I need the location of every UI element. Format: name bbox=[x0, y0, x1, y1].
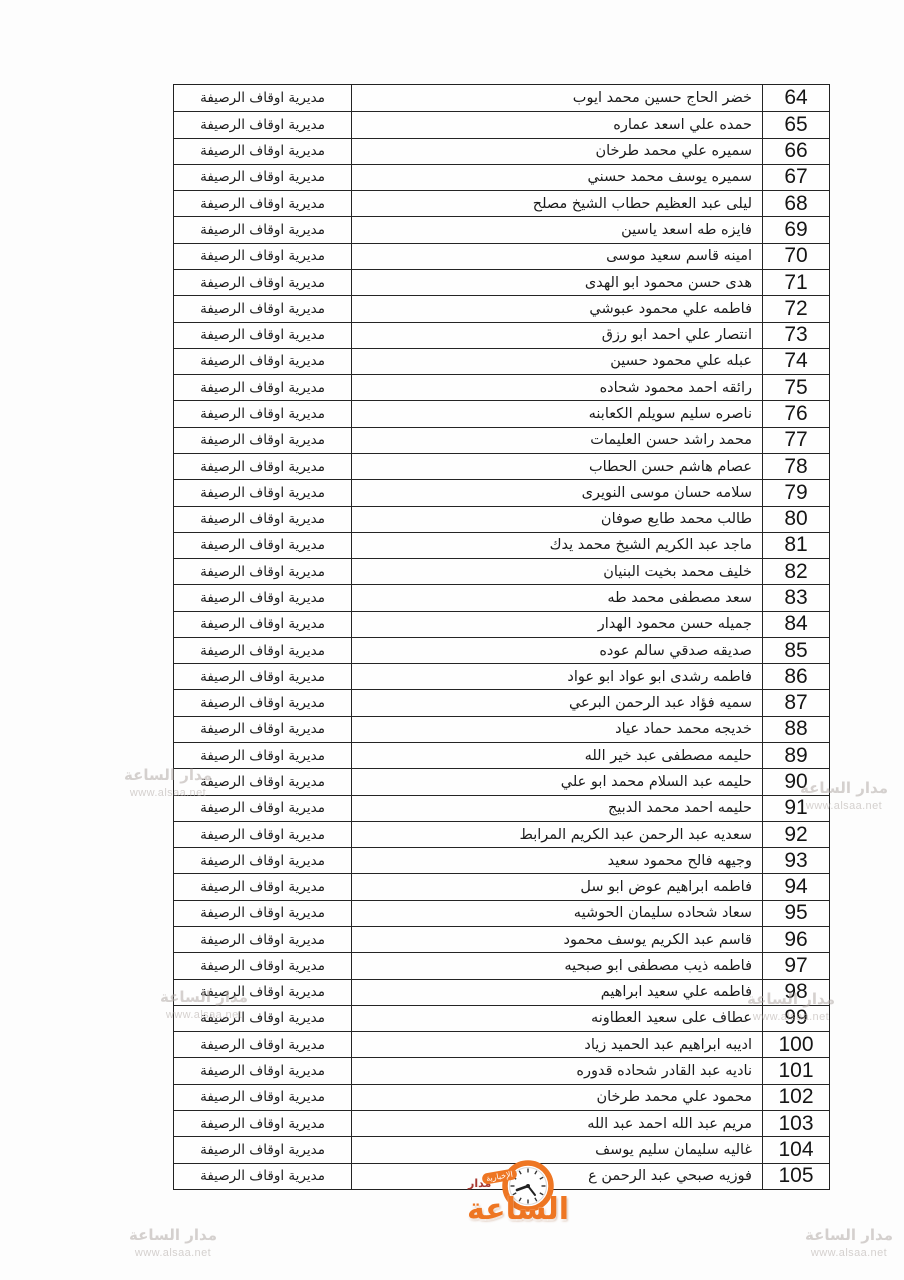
directorate-cell: مديرية اوقاف الرصيفة bbox=[174, 927, 352, 952]
name-cell: سميره يوسف محمد حسني bbox=[352, 165, 763, 190]
table-row: مديرية اوقاف الرصيفة ناديه عبد القادر شح… bbox=[174, 1057, 829, 1083]
name-cell: فاطمه ابراهيم عوض ابو سل bbox=[352, 874, 763, 899]
name-cell: سميره علي محمد طرخان bbox=[352, 139, 763, 164]
name-cell: فاطمه ذيب مصطفى ابو صبحيه bbox=[352, 953, 763, 978]
name-cell: حليمه مصطفى عبد خير الله bbox=[352, 743, 763, 768]
directorate-cell: مديرية اوقاف الرصيفة bbox=[174, 533, 352, 558]
directorate-cell: مديرية اوقاف الرصيفة bbox=[174, 139, 352, 164]
table-row: مديرية اوقاف الرصيفة فايزه طه اسعد ياسين… bbox=[174, 216, 829, 242]
row-number-cell: 85 bbox=[763, 638, 829, 663]
row-number-cell: 84 bbox=[763, 612, 829, 637]
row-number-cell: 80 bbox=[763, 507, 829, 532]
directorate-cell: مديرية اوقاف الرصيفة bbox=[174, 244, 352, 269]
directorate-cell: مديرية اوقاف الرصيفة bbox=[174, 1137, 352, 1162]
table-row: مديرية اوقاف الرصيفة فاطمه علي محمود عبو… bbox=[174, 295, 829, 321]
row-number-cell: 70 bbox=[763, 244, 829, 269]
name-cell: خضر الحاج حسين محمد ايوب bbox=[352, 85, 763, 111]
table-row: مديرية اوقاف الرصيفة محمد راشد حسن العلي… bbox=[174, 427, 829, 453]
table-row: مديرية اوقاف الرصيفة ماجد عبد الكريم الش… bbox=[174, 532, 829, 558]
directorate-cell: مديرية اوقاف الرصيفة bbox=[174, 480, 352, 505]
table-row: مديرية اوقاف الرصيفة سميره يوسف محمد حسن… bbox=[174, 164, 829, 190]
table-row: مديرية اوقاف الرصيفة فوزيه صبحي عبد الرح… bbox=[174, 1163, 829, 1189]
table-row: مديرية اوقاف الرصيفة خديجه محمد حماد عيا… bbox=[174, 716, 829, 742]
table-row: مديرية اوقاف الرصيفة حليمه عبد السلام مح… bbox=[174, 768, 829, 794]
row-number-cell: 64 bbox=[763, 85, 829, 111]
directorate-cell: مديرية اوقاف الرصيفة bbox=[174, 85, 352, 111]
row-number-cell: 87 bbox=[763, 690, 829, 715]
name-cell: سعد مصطفى محمد طه bbox=[352, 585, 763, 610]
table-row: مديرية اوقاف الرصيفة صديقه صدقي سالم عود… bbox=[174, 637, 829, 663]
table-row: مديرية اوقاف الرصيفة محمود علي محمد طرخا… bbox=[174, 1084, 829, 1110]
table-row: مديرية اوقاف الرصيفة جميله حسن محمود اله… bbox=[174, 611, 829, 637]
watermark-left-bottom: مدار الساعة www.alsaa.net bbox=[115, 1226, 231, 1260]
directorate-cell: مديرية اوقاف الرصيفة bbox=[174, 1032, 352, 1057]
table-row: مديرية اوقاف الرصيفة حليمه احمد محمد الد… bbox=[174, 795, 829, 821]
row-number-cell: 89 bbox=[763, 743, 829, 768]
row-number-cell: 74 bbox=[763, 349, 829, 374]
directorate-cell: مديرية اوقاف الرصيفة bbox=[174, 638, 352, 663]
name-cell: جميله حسن محمود الهدار bbox=[352, 612, 763, 637]
row-number-cell: 76 bbox=[763, 401, 829, 426]
watermark-url-text: www.alsaa.net bbox=[115, 1246, 231, 1260]
row-number-cell: 83 bbox=[763, 585, 829, 610]
roster-table: مديرية اوقاف الرصيفة خضر الحاج حسين محمد… bbox=[173, 84, 830, 1190]
directorate-cell: مديرية اوقاف الرصيفة bbox=[174, 980, 352, 1005]
name-cell: فاطمه علي سعيد ابراهيم bbox=[352, 980, 763, 1005]
directorate-cell: مديرية اوقاف الرصيفة bbox=[174, 375, 352, 400]
directorate-cell: مديرية اوقاف الرصيفة bbox=[174, 401, 352, 426]
directorate-cell: مديرية اوقاف الرصيفة bbox=[174, 953, 352, 978]
row-number-cell: 105 bbox=[763, 1164, 829, 1189]
name-cell: عبله علي محمود حسين bbox=[352, 349, 763, 374]
directorate-cell: مديرية اوقاف الرصيفة bbox=[174, 165, 352, 190]
table-row: مديرية اوقاف الرصيفة فاطمه ذيب مصطفى ابو… bbox=[174, 952, 829, 978]
directorate-cell: مديرية اوقاف الرصيفة bbox=[174, 191, 352, 216]
table-row: مديرية اوقاف الرصيفة هدى حسن محمود ابو ا… bbox=[174, 269, 829, 295]
table-row: مديرية اوقاف الرصيفة عبله علي محمود حسين… bbox=[174, 348, 829, 374]
directorate-cell: مديرية اوقاف الرصيفة bbox=[174, 848, 352, 873]
row-number-cell: 101 bbox=[763, 1058, 829, 1083]
name-cell: ناصره سليم سويلم الكعابنه bbox=[352, 401, 763, 426]
name-cell: ماجد عبد الكريم الشيخ محمد يدك bbox=[352, 533, 763, 558]
table-row: مديرية اوقاف الرصيفة فاطمه رشدى ابو عواد… bbox=[174, 663, 829, 689]
row-number-cell: 100 bbox=[763, 1032, 829, 1057]
directorate-cell: مديرية اوقاف الرصيفة bbox=[174, 664, 352, 689]
directorate-cell: مديرية اوقاف الرصيفة bbox=[174, 323, 352, 348]
name-cell: عصام هاشم حسن الحطاب bbox=[352, 454, 763, 479]
watermark-url-text: www.alsaa.net bbox=[791, 1246, 904, 1260]
row-number-cell: 104 bbox=[763, 1137, 829, 1162]
directorate-cell: مديرية اوقاف الرصيفة bbox=[174, 769, 352, 794]
directorate-cell: مديرية اوقاف الرصيفة bbox=[174, 1006, 352, 1031]
row-number-cell: 66 bbox=[763, 139, 829, 164]
directorate-cell: مديرية اوقاف الرصيفة bbox=[174, 874, 352, 899]
name-cell: مريم عبد الله احمد عبد الله bbox=[352, 1111, 763, 1136]
table-row: مديرية اوقاف الرصيفة حمده علي اسعد عماره… bbox=[174, 111, 829, 137]
row-number-cell: 65 bbox=[763, 112, 829, 137]
table-row: مديرية اوقاف الرصيفة عطاف على سعيد العطا… bbox=[174, 1005, 829, 1031]
name-cell: ناديه عبد القادر شحاده قدوره bbox=[352, 1058, 763, 1083]
row-number-cell: 99 bbox=[763, 1006, 829, 1031]
name-cell: اديبه ابراهيم عبد الحميد زياد bbox=[352, 1032, 763, 1057]
name-cell: سعديه عبد الرحمن عبد الكريم المرابط bbox=[352, 822, 763, 847]
row-number-cell: 98 bbox=[763, 980, 829, 1005]
table-row: مديرية اوقاف الرصيفة سعاد شحاده سليمان ا… bbox=[174, 900, 829, 926]
table-row: مديرية اوقاف الرصيفة ليلى عبد العظيم حطا… bbox=[174, 190, 829, 216]
row-number-cell: 93 bbox=[763, 848, 829, 873]
name-cell: انتصار علي احمد ابو رزق bbox=[352, 323, 763, 348]
table-row: مديرية اوقاف الرصيفة امينه قاسم سعيد موس… bbox=[174, 243, 829, 269]
table-row: مديرية اوقاف الرصيفة ناصره سليم سويلم ال… bbox=[174, 400, 829, 426]
row-number-cell: 86 bbox=[763, 664, 829, 689]
directorate-cell: مديرية اوقاف الرصيفة bbox=[174, 822, 352, 847]
row-number-cell: 69 bbox=[763, 217, 829, 242]
document-page: مديرية اوقاف الرصيفة خضر الحاج حسين محمد… bbox=[0, 0, 904, 1280]
name-cell: قاسم عبد الكريم يوسف محمود bbox=[352, 927, 763, 952]
name-cell: سعاد شحاده سليمان الحوشيه bbox=[352, 901, 763, 926]
row-number-cell: 78 bbox=[763, 454, 829, 479]
name-cell: فاطمه رشدى ابو عواد ابو عواد bbox=[352, 664, 763, 689]
directorate-cell: مديرية اوقاف الرصيفة bbox=[174, 717, 352, 742]
row-number-cell: 94 bbox=[763, 874, 829, 899]
directorate-cell: مديرية اوقاف الرصيفة bbox=[174, 270, 352, 295]
table-row: مديرية اوقاف الرصيفة خليف محمد بخيت البن… bbox=[174, 558, 829, 584]
directorate-cell: مديرية اوقاف الرصيفة bbox=[174, 1111, 352, 1136]
directorate-cell: مديرية اوقاف الرصيفة bbox=[174, 743, 352, 768]
directorate-cell: مديرية اوقاف الرصيفة bbox=[174, 585, 352, 610]
table-row: مديرية اوقاف الرصيفة فاطمه ابراهيم عوض ا… bbox=[174, 873, 829, 899]
name-cell: طالب محمد طايع صوفان bbox=[352, 507, 763, 532]
name-cell: فاطمه علي محمود عبوشي bbox=[352, 296, 763, 321]
directorate-cell: مديرية اوقاف الرصيفة bbox=[174, 901, 352, 926]
name-cell: رائقه احمد محمود شحاده bbox=[352, 375, 763, 400]
directorate-cell: مديرية اوقاف الرصيفة bbox=[174, 296, 352, 321]
row-number-cell: 90 bbox=[763, 769, 829, 794]
directorate-cell: مديرية اوقاف الرصيفة bbox=[174, 112, 352, 137]
name-cell: حليمه احمد محمد الدبيج bbox=[352, 796, 763, 821]
name-cell: حليمه عبد السلام محمد ابو علي bbox=[352, 769, 763, 794]
logo-word-alsaa: الساعة bbox=[460, 1192, 576, 1227]
table-row: مديرية اوقاف الرصيفة طالب محمد طايع صوفا… bbox=[174, 506, 829, 532]
directorate-cell: مديرية اوقاف الرصيفة bbox=[174, 428, 352, 453]
table-row: مديرية اوقاف الرصيفة انتصار علي احمد ابو… bbox=[174, 322, 829, 348]
table-row: مديرية اوقاف الرصيفة سميره علي محمد طرخا… bbox=[174, 138, 829, 164]
row-number-cell: 88 bbox=[763, 717, 829, 742]
name-cell: صديقه صدقي سالم عوده bbox=[352, 638, 763, 663]
name-cell: فايزه طه اسعد ياسين bbox=[352, 217, 763, 242]
table-row: مديرية اوقاف الرصيفة فاطمه علي سعيد ابرا… bbox=[174, 979, 829, 1005]
row-number-cell: 73 bbox=[763, 323, 829, 348]
name-cell: سلامه حسان موسى النويرى bbox=[352, 480, 763, 505]
row-number-cell: 75 bbox=[763, 375, 829, 400]
table-row: مديرية اوقاف الرصيفة سعد مصطفى محمد طه 8… bbox=[174, 584, 829, 610]
name-cell: غاليه سليمان سليم يوسف bbox=[352, 1137, 763, 1162]
row-number-cell: 91 bbox=[763, 796, 829, 821]
row-number-cell: 68 bbox=[763, 191, 829, 216]
directorate-cell: مديرية اوقاف الرصيفة bbox=[174, 1058, 352, 1083]
directorate-cell: مديرية اوقاف الرصيفة bbox=[174, 507, 352, 532]
directorate-cell: مديرية اوقاف الرصيفة bbox=[174, 612, 352, 637]
row-number-cell: 79 bbox=[763, 480, 829, 505]
name-cell: سميه فؤاد عبد الرحمن البرعي bbox=[352, 690, 763, 715]
directorate-cell: مديرية اوقاف الرصيفة bbox=[174, 454, 352, 479]
row-number-cell: 96 bbox=[763, 927, 829, 952]
name-cell: ليلى عبد العظيم حطاب الشيخ مصلح bbox=[352, 191, 763, 216]
name-cell: خليف محمد بخيت البنيان bbox=[352, 559, 763, 584]
row-number-cell: 71 bbox=[763, 270, 829, 295]
name-cell: عطاف على سعيد العطاونه bbox=[352, 1006, 763, 1031]
watermark-brand-text: مدار الساعة bbox=[791, 1226, 904, 1246]
row-number-cell: 92 bbox=[763, 822, 829, 847]
row-number-cell: 72 bbox=[763, 296, 829, 321]
row-number-cell: 77 bbox=[763, 428, 829, 453]
name-cell: امينه قاسم سعيد موسى bbox=[352, 244, 763, 269]
directorate-cell: مديرية اوقاف الرصيفة bbox=[174, 559, 352, 584]
row-number-cell: 95 bbox=[763, 901, 829, 926]
name-cell: وجيهه فالح محمود سعيد bbox=[352, 848, 763, 873]
name-cell: محمد راشد حسن العليمات bbox=[352, 428, 763, 453]
table-row: مديرية اوقاف الرصيفة وجيهه فالح محمود سع… bbox=[174, 847, 829, 873]
directorate-cell: مديرية اوقاف الرصيفة bbox=[174, 1164, 352, 1189]
row-number-cell: 102 bbox=[763, 1085, 829, 1110]
table-row: مديرية اوقاف الرصيفة خضر الحاج حسين محمد… bbox=[174, 85, 829, 111]
name-cell: محمود علي محمد طرخان bbox=[352, 1085, 763, 1110]
name-cell: حمده علي اسعد عماره bbox=[352, 112, 763, 137]
directorate-cell: مديرية اوقاف الرصيفة bbox=[174, 349, 352, 374]
watermark-brand-text: مدار الساعة bbox=[115, 1226, 231, 1246]
directorate-cell: مديرية اوقاف الرصيفة bbox=[174, 690, 352, 715]
table-row: مديرية اوقاف الرصيفة حليمه مصطفى عبد خير… bbox=[174, 742, 829, 768]
table-row: مديرية اوقاف الرصيفة غاليه سليمان سليم ي… bbox=[174, 1136, 829, 1162]
table-row: مديرية اوقاف الرصيفة رائقه احمد محمود شح… bbox=[174, 374, 829, 400]
name-cell: فوزيه صبحي عبد الرحمن ع bbox=[352, 1164, 763, 1189]
table-row: مديرية اوقاف الرصيفة سميه فؤاد عبد الرحم… bbox=[174, 689, 829, 715]
table-row: مديرية اوقاف الرصيفة مريم عبد الله احمد … bbox=[174, 1110, 829, 1136]
table-row: مديرية اوقاف الرصيفة سلامه حسان موسى الن… bbox=[174, 479, 829, 505]
row-number-cell: 103 bbox=[763, 1111, 829, 1136]
name-cell: هدى حسن محمود ابو الهدى bbox=[352, 270, 763, 295]
name-cell: خديجه محمد حماد عياد bbox=[352, 717, 763, 742]
row-number-cell: 97 bbox=[763, 953, 829, 978]
directorate-cell: مديرية اوقاف الرصيفة bbox=[174, 796, 352, 821]
directorate-cell: مديرية اوقاف الرصيفة bbox=[174, 1085, 352, 1110]
row-number-cell: 82 bbox=[763, 559, 829, 584]
table-row: مديرية اوقاف الرصيفة قاسم عبد الكريم يوس… bbox=[174, 926, 829, 952]
row-number-cell: 67 bbox=[763, 165, 829, 190]
directorate-cell: مديرية اوقاف الرصيفة bbox=[174, 217, 352, 242]
table-row: مديرية اوقاف الرصيفة عصام هاشم حسن الحطا… bbox=[174, 453, 829, 479]
row-number-cell: 81 bbox=[763, 533, 829, 558]
table-row: مديرية اوقاف الرصيفة سعديه عبد الرحمن عب… bbox=[174, 821, 829, 847]
table-row: مديرية اوقاف الرصيفة اديبه ابراهيم عبد ا… bbox=[174, 1031, 829, 1057]
watermark-right-bottom: مدار الساعة www.alsaa.net bbox=[791, 1226, 904, 1260]
